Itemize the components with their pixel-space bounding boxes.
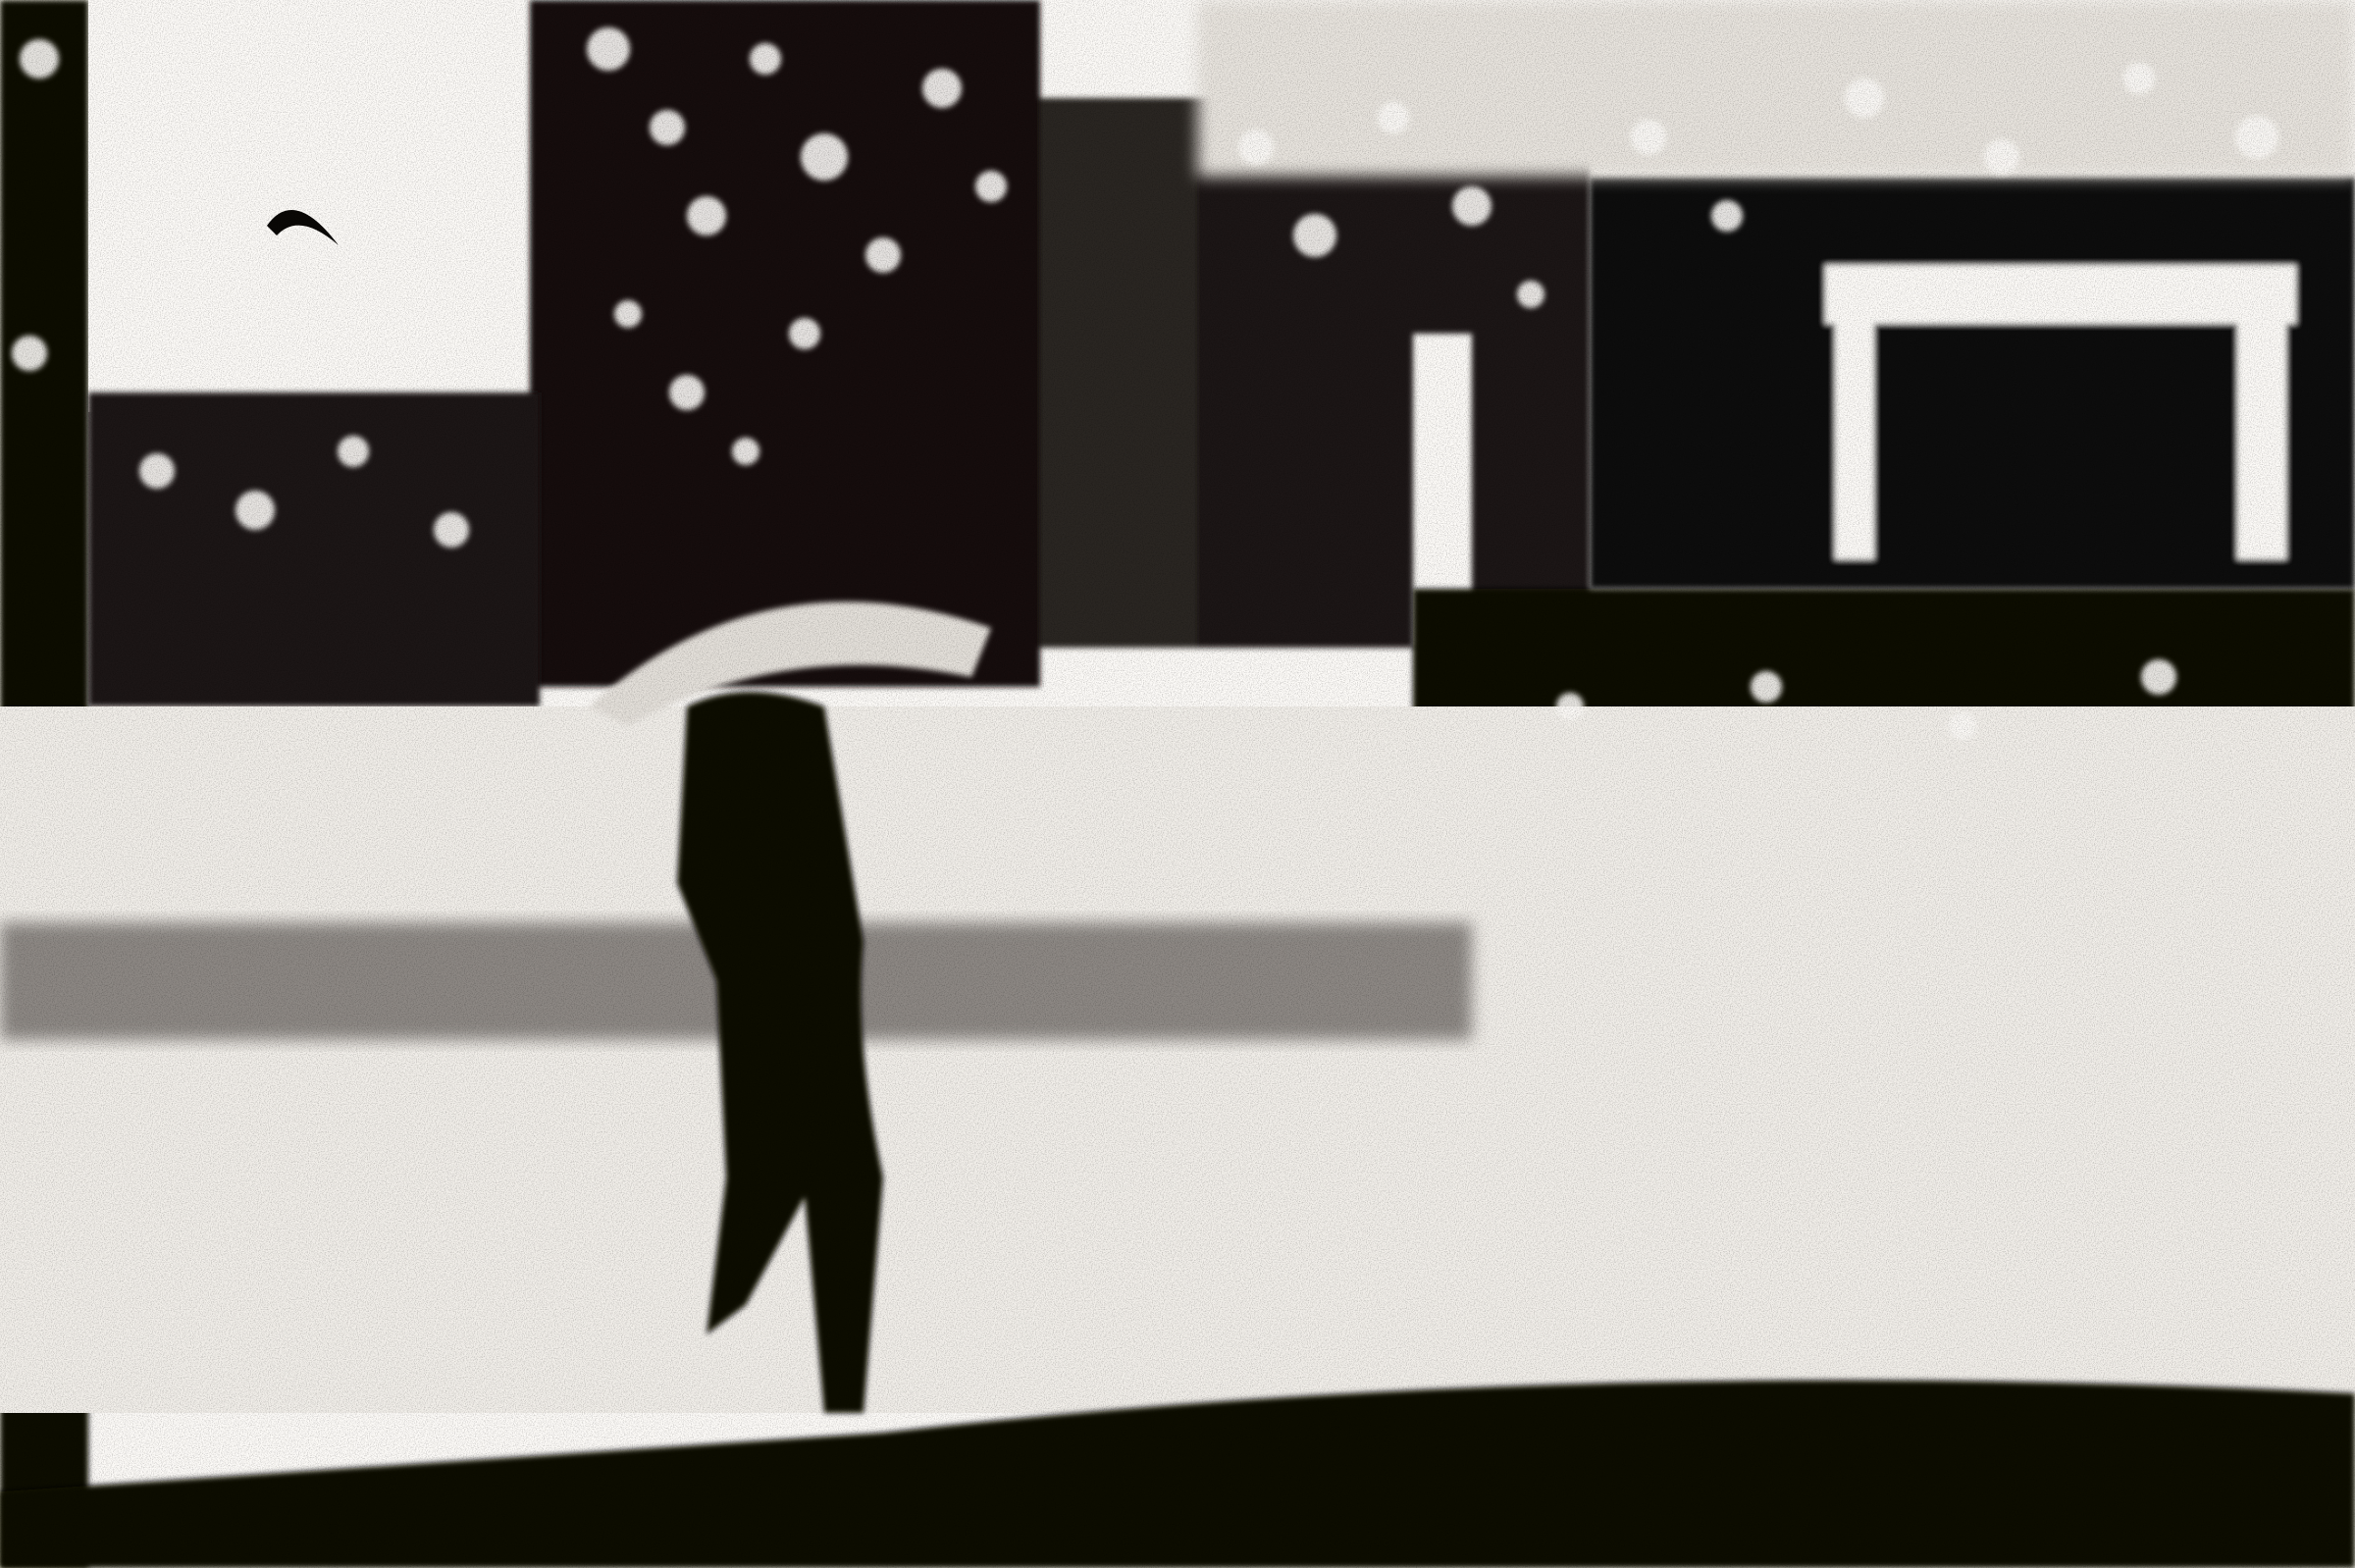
rainy-street-photo [0, 0, 2355, 1568]
photo-canvas [0, 0, 2355, 1568]
film-grain [0, 0, 2355, 1568]
